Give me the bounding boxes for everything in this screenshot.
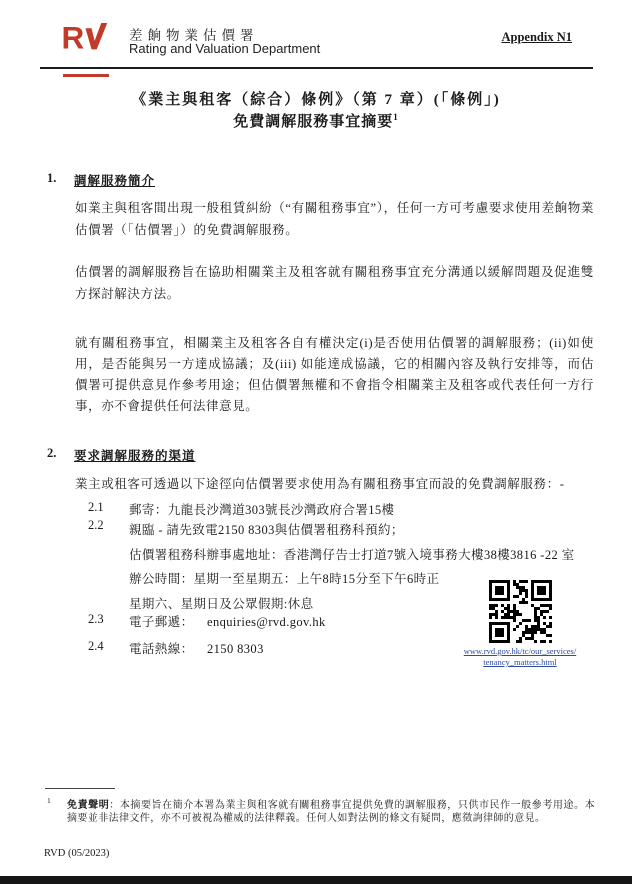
document-page: R 差餉物業估價署 Rating and Valuation Departmen… [0, 0, 632, 884]
link-line2: tenancy_matters.html [483, 657, 556, 667]
item-2-2-line1: 親臨 - 請先致電2150 8303與估價署租務科預約； [129, 518, 599, 543]
tenancy-matters-link[interactable]: www.rvd.gov.hk/tc/our_services/tenancy_m… [437, 646, 603, 668]
version-stamp: RVD (05/2023) [44, 848, 109, 859]
section1-paragraph3: 就有關租務事宜，相關業主及租客各自有權決定(i)是否使用估價署的調解服務；(ii… [75, 333, 594, 417]
page-bottom-bar [0, 876, 632, 884]
svg-text:R: R [63, 21, 85, 55]
header-red-accent [63, 74, 109, 77]
item-2-3-text: 電子郵遞：enquiries@rvd.gov.hk [129, 612, 326, 630]
qr-block: www.rvd.gov.hk/tc/our_services/tenancy_m… [437, 580, 603, 668]
document-title-line1: 《業主與租客（綜合）條例》（第 7 章）(「條例」) [0, 88, 632, 109]
section1-heading: 調解服務簡介 [74, 171, 155, 189]
section1-paragraph2: 估價署的調解服務旨在協助相關業主及租客就有關租務事宜充分溝通以緩解問題及促進雙方… [75, 262, 594, 305]
item-2-4-text: 電話熱線：2150 8303 [129, 639, 264, 657]
footnote-marker: 1 [47, 796, 51, 805]
email-label: 電子郵遞： [129, 612, 207, 630]
footnote-text: 免責聲明：本摘要旨在簡介本署為業主與租客就有關租務事宜提供免費的調解服務，只供市… [67, 799, 595, 825]
section2-intro: 業主或租客可透過以下途徑向估價署要求使用為有關租務事宜而設的免費調解服務：- [75, 474, 594, 496]
title-text: 免費調解服務事宜摘要 [233, 114, 393, 130]
rvd-logo-icon: R [63, 21, 111, 60]
email-address: enquiries@rvd.gov.hk [207, 615, 326, 629]
header-rule [40, 67, 593, 69]
section1-number: 1. [47, 171, 56, 186]
section1-paragraph1: 如業主與租客間出現一般租賃糾紛（“有關租務事宜”），任何一方可考慮要求使用差餉物… [75, 198, 594, 241]
appendix-label: Appendix N1 [501, 30, 572, 45]
disclaimer-body: ：本摘要旨在簡介本署為業主與租客就有關租務事宜提供免費的調解服務，只供市民作一般… [67, 800, 595, 824]
item-2-3-number: 2.3 [88, 612, 104, 627]
hotline-number: 2150 8303 [207, 642, 264, 656]
footnote-separator [45, 788, 115, 789]
item-2-4-number: 2.4 [88, 639, 104, 654]
disclaimer-label: 免責聲明 [67, 800, 109, 811]
link-line1: www.rvd.gov.hk/tc/our_services/ [464, 646, 576, 656]
item-2-1-number: 2.1 [88, 500, 104, 515]
item-2-1-text: 郵寄：九龍長沙灣道303號長沙灣政府合署15樓 [129, 500, 394, 518]
hotline-label: 電話熱線： [129, 639, 207, 657]
department-name-english: Rating and Valuation Department [129, 41, 320, 56]
item-2-2-number: 2.2 [88, 518, 104, 533]
section2-heading: 要求調解服務的渠道 [74, 446, 196, 464]
section2-number: 2. [47, 446, 56, 461]
qr-code [437, 580, 603, 643]
item-2-2-line2: 估價署租務科辦事處地址：香港灣仔告士打道7號入境事務大樓38樓3816 -22 … [129, 543, 599, 568]
title-footnote-marker: 1 [393, 112, 399, 122]
document-title-line2: 免費調解服務事宜摘要1 [0, 110, 632, 131]
